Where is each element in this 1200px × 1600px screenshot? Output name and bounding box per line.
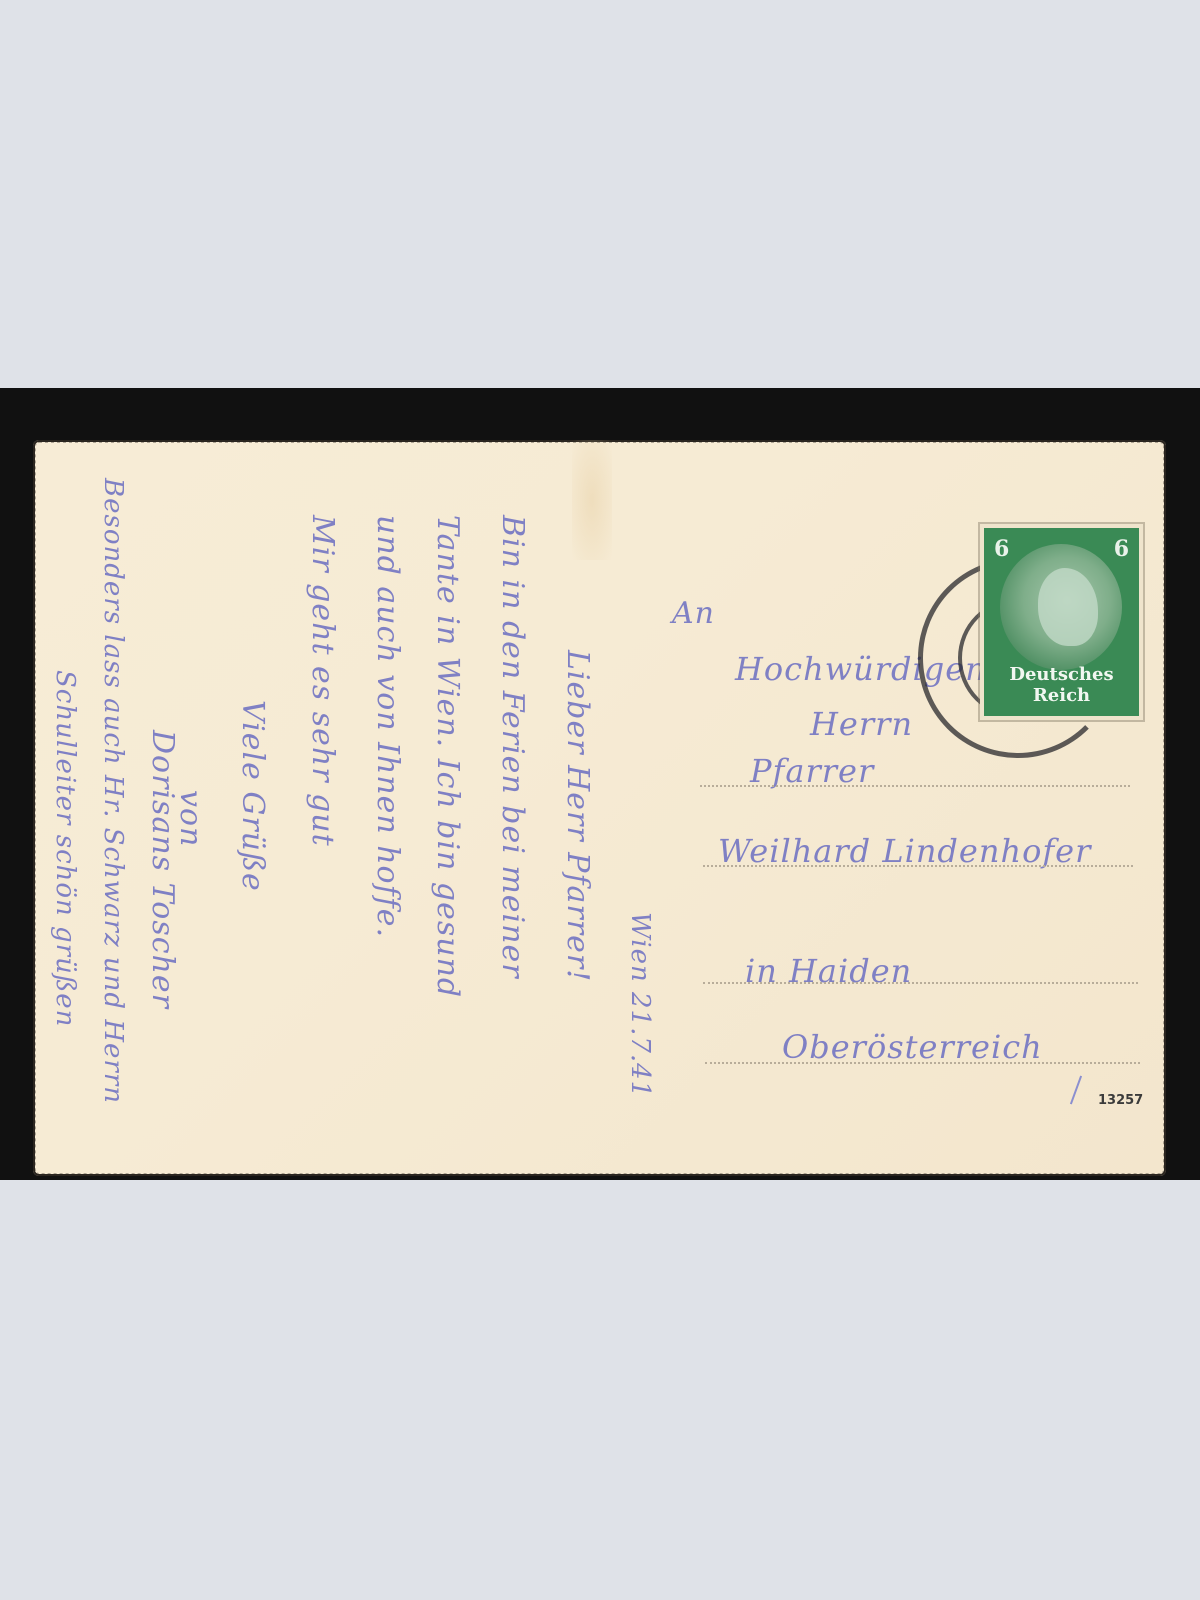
postscript-line-1: Besonders lass auch Hr. Schwarz und Herr…	[98, 478, 128, 1104]
address-line-an: An	[672, 596, 715, 631]
message-line-1: Bin in den Ferien bei meiner	[495, 515, 530, 979]
portrait-medallion	[1000, 544, 1122, 670]
signature: Dorisans Toscher	[145, 730, 180, 1009]
message-line-2: Tante in Wien. Ich bin gesund	[430, 515, 465, 998]
address-line-town: in Haiden	[745, 952, 912, 990]
portrait-head-icon	[1038, 568, 1098, 646]
address-rule-1	[700, 785, 1130, 787]
address-line-region: Oberösterreich	[782, 1028, 1043, 1066]
postage-stamp: 6 6 Deutsches Reich	[984, 528, 1139, 716]
paper-stain	[572, 440, 612, 560]
closing-line-1: Viele Grüße	[235, 700, 270, 892]
stamp-value-left: 6	[994, 536, 1009, 562]
address-rule-4	[705, 1062, 1140, 1064]
address-line-herrn: Herrn	[810, 705, 913, 743]
address-rule-3	[703, 982, 1138, 984]
message-line-4: Mir geht es sehr gut	[305, 515, 340, 847]
date-line: Wien 21.7.41	[625, 912, 655, 1098]
stamp-label: Deutsches Reich	[984, 664, 1139, 706]
stamp-value-right: 6	[1114, 536, 1129, 562]
postscript-line-2: Schulleiter schön grüßen	[50, 670, 80, 1027]
catalog-number: 13257	[1098, 1093, 1143, 1108]
address-rule-2	[703, 865, 1133, 867]
message-line-3: und auch von Ihnen hoffe.	[370, 515, 405, 938]
greeting: Lieber Herr Pfarrer!	[560, 650, 595, 982]
